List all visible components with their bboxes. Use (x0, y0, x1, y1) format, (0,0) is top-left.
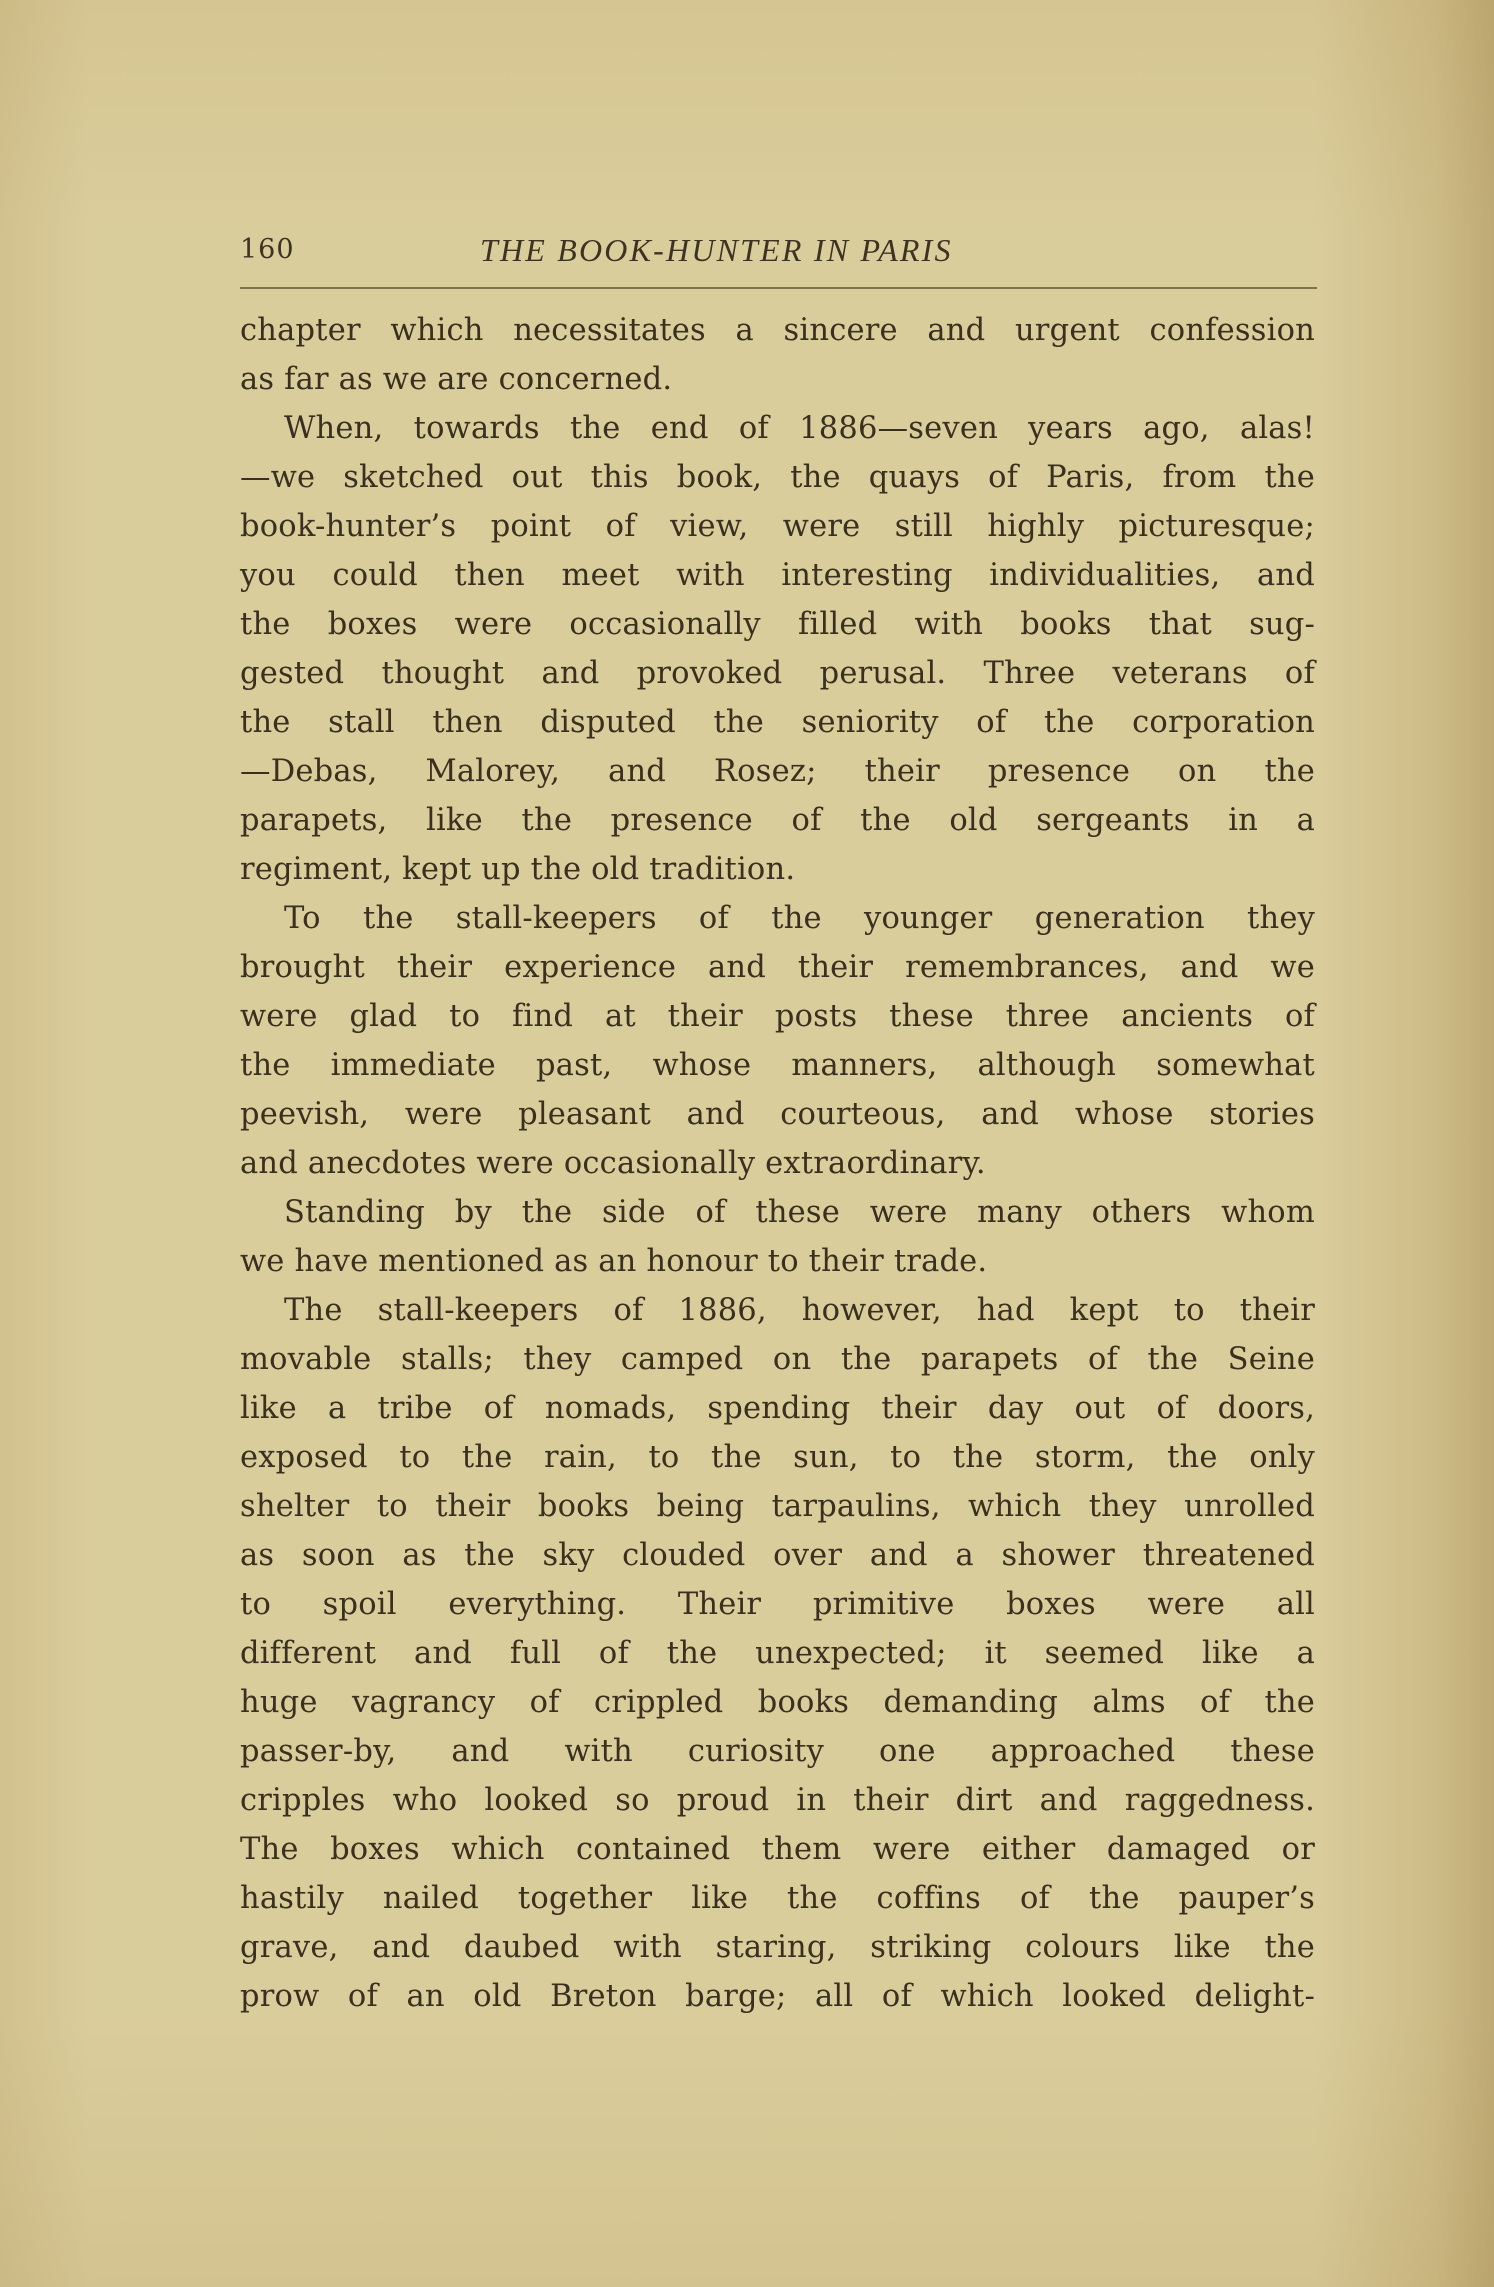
text-line: were glad to find at their posts these t… (240, 992, 1315, 1041)
text-line: Standing by the side of these were many … (240, 1188, 1315, 1237)
text-line: regiment, kept up the old tradition. (240, 845, 1315, 894)
text-line: brought their experience and their remem… (240, 943, 1315, 992)
text-line: The boxes which contained them were eith… (240, 1825, 1315, 1874)
text-line: the stall then disputed the seniority of… (240, 698, 1315, 747)
header-rule (240, 287, 1317, 289)
text-line: we have mentioned as an honour to their … (240, 1237, 1315, 1286)
text-line: hastily nailed together like the coffins… (240, 1874, 1315, 1923)
text-line: as soon as the sky clouded over and a sh… (240, 1531, 1315, 1580)
text-line: to spoil everything. Their primitive box… (240, 1580, 1315, 1629)
text-line: peevish, were pleasant and courteous, an… (240, 1090, 1315, 1139)
text-line: —we sketched out this book, the quays of… (240, 453, 1315, 502)
text-line: When, towards the end of 1886—seven year… (240, 404, 1315, 453)
text-line: you could then meet with interesting ind… (240, 551, 1315, 600)
text-line: the boxes were occasionally filled with … (240, 600, 1315, 649)
text-line: and anecdotes were occasionally extraord… (240, 1139, 1315, 1188)
text-line: passer-by, and with curiosity one approa… (240, 1727, 1315, 1776)
text-line: huge vagrancy of crippled books demandin… (240, 1678, 1315, 1727)
text-line: grave, and daubed with staring, striking… (240, 1923, 1315, 1972)
text-line: movable stalls; they camped on the parap… (240, 1335, 1315, 1384)
book-page: 160 THE BOOK-HUNTER IN PARIS chapter whi… (0, 0, 1494, 2287)
text-line: as far as we are concerned. (240, 355, 1315, 404)
text-line: gested thought and provoked perusal. Thr… (240, 649, 1315, 698)
text-line: like a tribe of nomads, spending their d… (240, 1384, 1315, 1433)
text-line: book-hunter’s point of view, were still … (240, 502, 1315, 551)
page-number: 160 (240, 230, 295, 270)
text-line: —Debas, Malorey, and Rosez; their presen… (240, 747, 1315, 796)
text-line: parapets, like the presence of the old s… (240, 796, 1315, 845)
text-line: exposed to the rain, to the sun, to the … (240, 1433, 1315, 1482)
text-line: cripples who looked so proud in their di… (240, 1776, 1315, 1825)
text-line: the immediate past, whose manners, altho… (240, 1041, 1315, 1090)
text-line: different and full of the unexpected; it… (240, 1629, 1315, 1678)
text-line: The stall-keepers of 1886, however, had … (240, 1286, 1315, 1335)
text-line: prow of an old Breton barge; all of whic… (240, 1972, 1315, 2021)
text-line: To the stall-keepers of the younger gene… (240, 894, 1315, 943)
body-text: chapter which necessitates a sincere and… (240, 306, 1315, 2021)
text-line: chapter which necessitates a sincere and… (240, 306, 1315, 355)
running-title: THE BOOK-HUNTER IN PARIS (480, 230, 1065, 270)
text-line: shelter to their books being tarpaulins,… (240, 1482, 1315, 1531)
running-header: 160 THE BOOK-HUNTER IN PARIS (240, 230, 1315, 270)
